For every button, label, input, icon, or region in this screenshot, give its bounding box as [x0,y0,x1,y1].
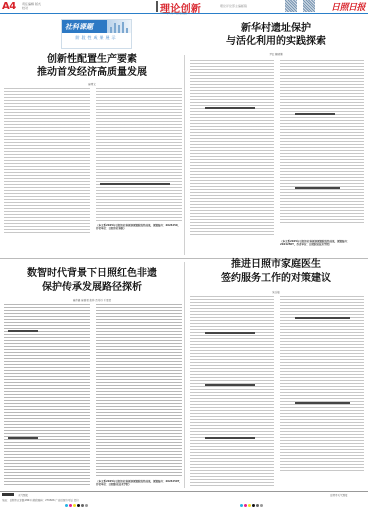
headline-line: 推进日照市家庭医生 [184,258,368,272]
page-meta: 责任编辑 版式 校对 [22,2,52,10]
article-subhead [8,437,38,439]
banner-title: 社科课题 [62,20,110,33]
column-divider [184,262,185,488]
headline-line: 签约服务工作的对策建议 [184,272,368,286]
article-author: 崔明文 [0,82,184,86]
headline-line: 新华村遗址保护 [184,22,368,35]
article-subhead [205,384,255,386]
article-subhead [205,332,255,334]
qr-code-icon [303,0,315,12]
article-author: 朱玉敏 [184,290,368,294]
header-separator [156,1,158,12]
article-note: （本文系2025年日照市社科规划课题阶段性成果，课题编号：2024250Y，作者… [280,240,364,246]
headline-line: 与活化利用的实践探索 [184,35,368,48]
article-author: 崔伟峰 崔丽君 张林 范丹丹 王莹莹 [0,298,184,302]
article-body [96,304,182,476]
page-number: A4 [2,1,16,12]
article-author: 尹红 鲍晓珊 [184,52,368,56]
article-subhead [295,317,350,319]
weather-label: 天气预报 [18,493,28,497]
banner-subtitle: 阶段性成果展示 [62,35,131,41]
article-subhead [295,402,350,404]
article-body [280,60,364,225]
headline-line: 数智时代背景下日照红色非遗 [0,267,184,281]
article-headline: 新华村遗址保护 与活化利用的实践探索 [184,22,368,48]
article-body [190,296,274,486]
article-note: （本文系2025年日照市社科规划课题阶段性成果，课题编号：2024250，作者单… [96,224,182,230]
footer-rule [0,491,368,492]
article-body [4,88,90,234]
header-rule [0,13,368,14]
article-subhead [205,107,255,109]
page-header: A4 责任编辑 版式 校对 理论创新 2024年9月26日 星期四 理论评论部主… [0,0,368,16]
article-body [96,88,182,222]
article-subhead [205,437,255,439]
qr-code-icon [285,0,297,12]
headline-line: 推动首发经济高质量发展 [0,66,184,79]
article-body [190,60,274,236]
article-subhead [100,183,170,185]
headline-line: 保护传承发展路径探析 [0,281,184,295]
newspaper-page: A4 责任编辑 版式 校对 理论创新 2024年9月26日 星期四 理论评论部主… [0,0,368,520]
article-headline: 推进日照市家庭医生 签约服务工作的对策建议 [184,256,368,286]
column-banner: 社科课题 阶段性成果展示 [61,19,132,49]
page-footer: 天气预报 日照市天气预报 地址：日照市北京路186号 邮政编码：276826 广… [0,491,368,520]
headline-line: 创新性配置生产要素 [0,53,184,66]
article-subhead [295,113,335,115]
publisher-info: 地址：日照市北京路186号 邮政编码：276826 广告经营许可证 定价 [2,498,79,502]
weather-title: 日照市天气预报 [330,493,348,497]
city-skyline-icon [107,20,131,33]
article-body [280,296,364,471]
article-subhead [8,330,38,332]
editor-line: 理论评论部主编邮箱 [220,4,247,8]
registration-marks [240,504,263,507]
page-meta-line: 校对 [22,6,52,10]
article-note: （本文系2025年日照市社科规划课题阶段性成果，课题编号：2024250T，作者… [96,480,182,486]
registration-marks [65,504,88,507]
article-headline: 创新性配置生产要素 推动首发经济高质量发展 [0,53,184,79]
article-headline: 数智时代背景下日照红色非遗 保护传承发展路径探析 [0,267,184,295]
article-subhead [295,187,340,189]
column-divider [184,55,185,255]
masthead-logo: 日照日报 [331,0,365,13]
weather-badge [2,493,14,496]
